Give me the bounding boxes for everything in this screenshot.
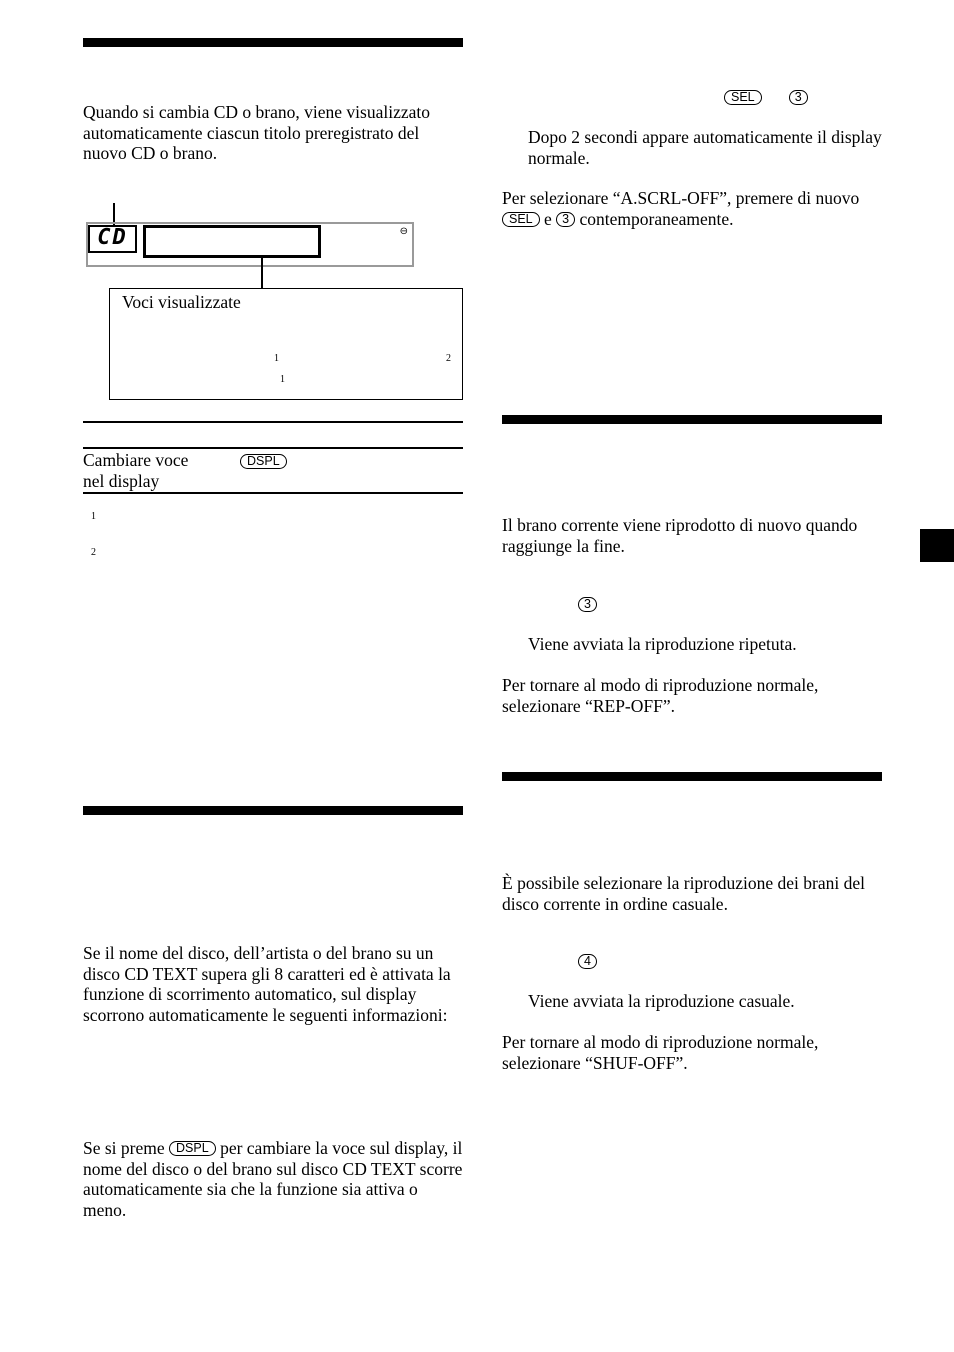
table-rule-header — [83, 447, 463, 449]
row-label-line2: nel display — [83, 471, 233, 492]
section-heading-bar — [83, 38, 463, 47]
items-box-title: Voci visualizzate — [122, 292, 241, 313]
sel-key: SEL — [502, 212, 540, 227]
shuffle-step: 4 — [578, 952, 597, 971]
key-3: 3 — [789, 90, 808, 105]
repeat-tip: Per tornare al modo di riproduzione norm… — [502, 675, 882, 716]
row-label-line1: Cambiare voce — [83, 450, 233, 471]
dspl-key-cell: DSPL — [240, 452, 287, 471]
footnote-mark: 1 — [280, 374, 285, 385]
shuffle-intro: È possibile selezionare la riproduzione … — [502, 873, 882, 914]
repeat-step: 3 — [578, 595, 597, 614]
footnote-mark: 1 — [274, 353, 279, 364]
text: contemporaneamente. — [580, 209, 734, 229]
step-keys: SEL 3 — [724, 88, 808, 107]
section-heading-bar — [502, 415, 882, 424]
dspl-key: DSPL — [169, 1141, 216, 1156]
auto-scroll-paragraph: Se il nome del disco, dell’artista o del… — [83, 943, 465, 1025]
key-3: 3 — [556, 212, 575, 227]
footnote-mark: 2 — [446, 353, 451, 364]
table-row-label: Cambiare voce nel display — [83, 450, 233, 491]
sel-key: SEL — [724, 90, 762, 105]
scroll-off-tip: Per selezionare “A.SCRL-OFF”, premere di… — [502, 188, 882, 229]
footnote-2: 2 — [91, 547, 96, 558]
intro-paragraph: Quando si cambia CD o brano, viene visua… — [83, 102, 463, 164]
dspl-scroll-paragraph: Se si preme DSPL per cambiare la voce su… — [83, 1138, 465, 1220]
step-note: Dopo 2 secondi appare automaticamente il… — [502, 127, 883, 168]
repeat-intro: Il brano corrente viene riprodotto di nu… — [502, 515, 882, 556]
dspl-key: DSPL — [240, 454, 287, 469]
disc-icon: ⊖ — [400, 226, 408, 237]
displayed-items-box: Voci visualizzate 1 2 1 — [109, 288, 463, 400]
text: Per selezionare “A.SCRL-OFF”, premere di… — [502, 188, 859, 208]
display-diagram: CD ⊖ — [86, 222, 414, 267]
text-display-area — [143, 225, 321, 258]
cd-indicator: CD — [88, 225, 137, 253]
callout-line-text — [261, 258, 263, 289]
shuffle-note: Viene avviata la riproduzione casuale. — [502, 991, 883, 1012]
text: e — [544, 209, 552, 229]
table-rule-bottom — [83, 492, 463, 494]
footnote-1: 1 — [91, 511, 96, 522]
repeat-note: Viene avviata la riproduzione ripetuta. — [502, 634, 883, 655]
key-3: 3 — [578, 597, 597, 612]
text: Se si preme — [83, 1138, 165, 1158]
section-heading-bar — [83, 806, 463, 815]
key-4: 4 — [578, 954, 597, 969]
page-edge-tab — [920, 529, 954, 562]
shuffle-tip: Per tornare al modo di riproduzione norm… — [502, 1032, 882, 1073]
section-heading-bar — [502, 772, 882, 781]
table-rule-top — [83, 421, 463, 423]
